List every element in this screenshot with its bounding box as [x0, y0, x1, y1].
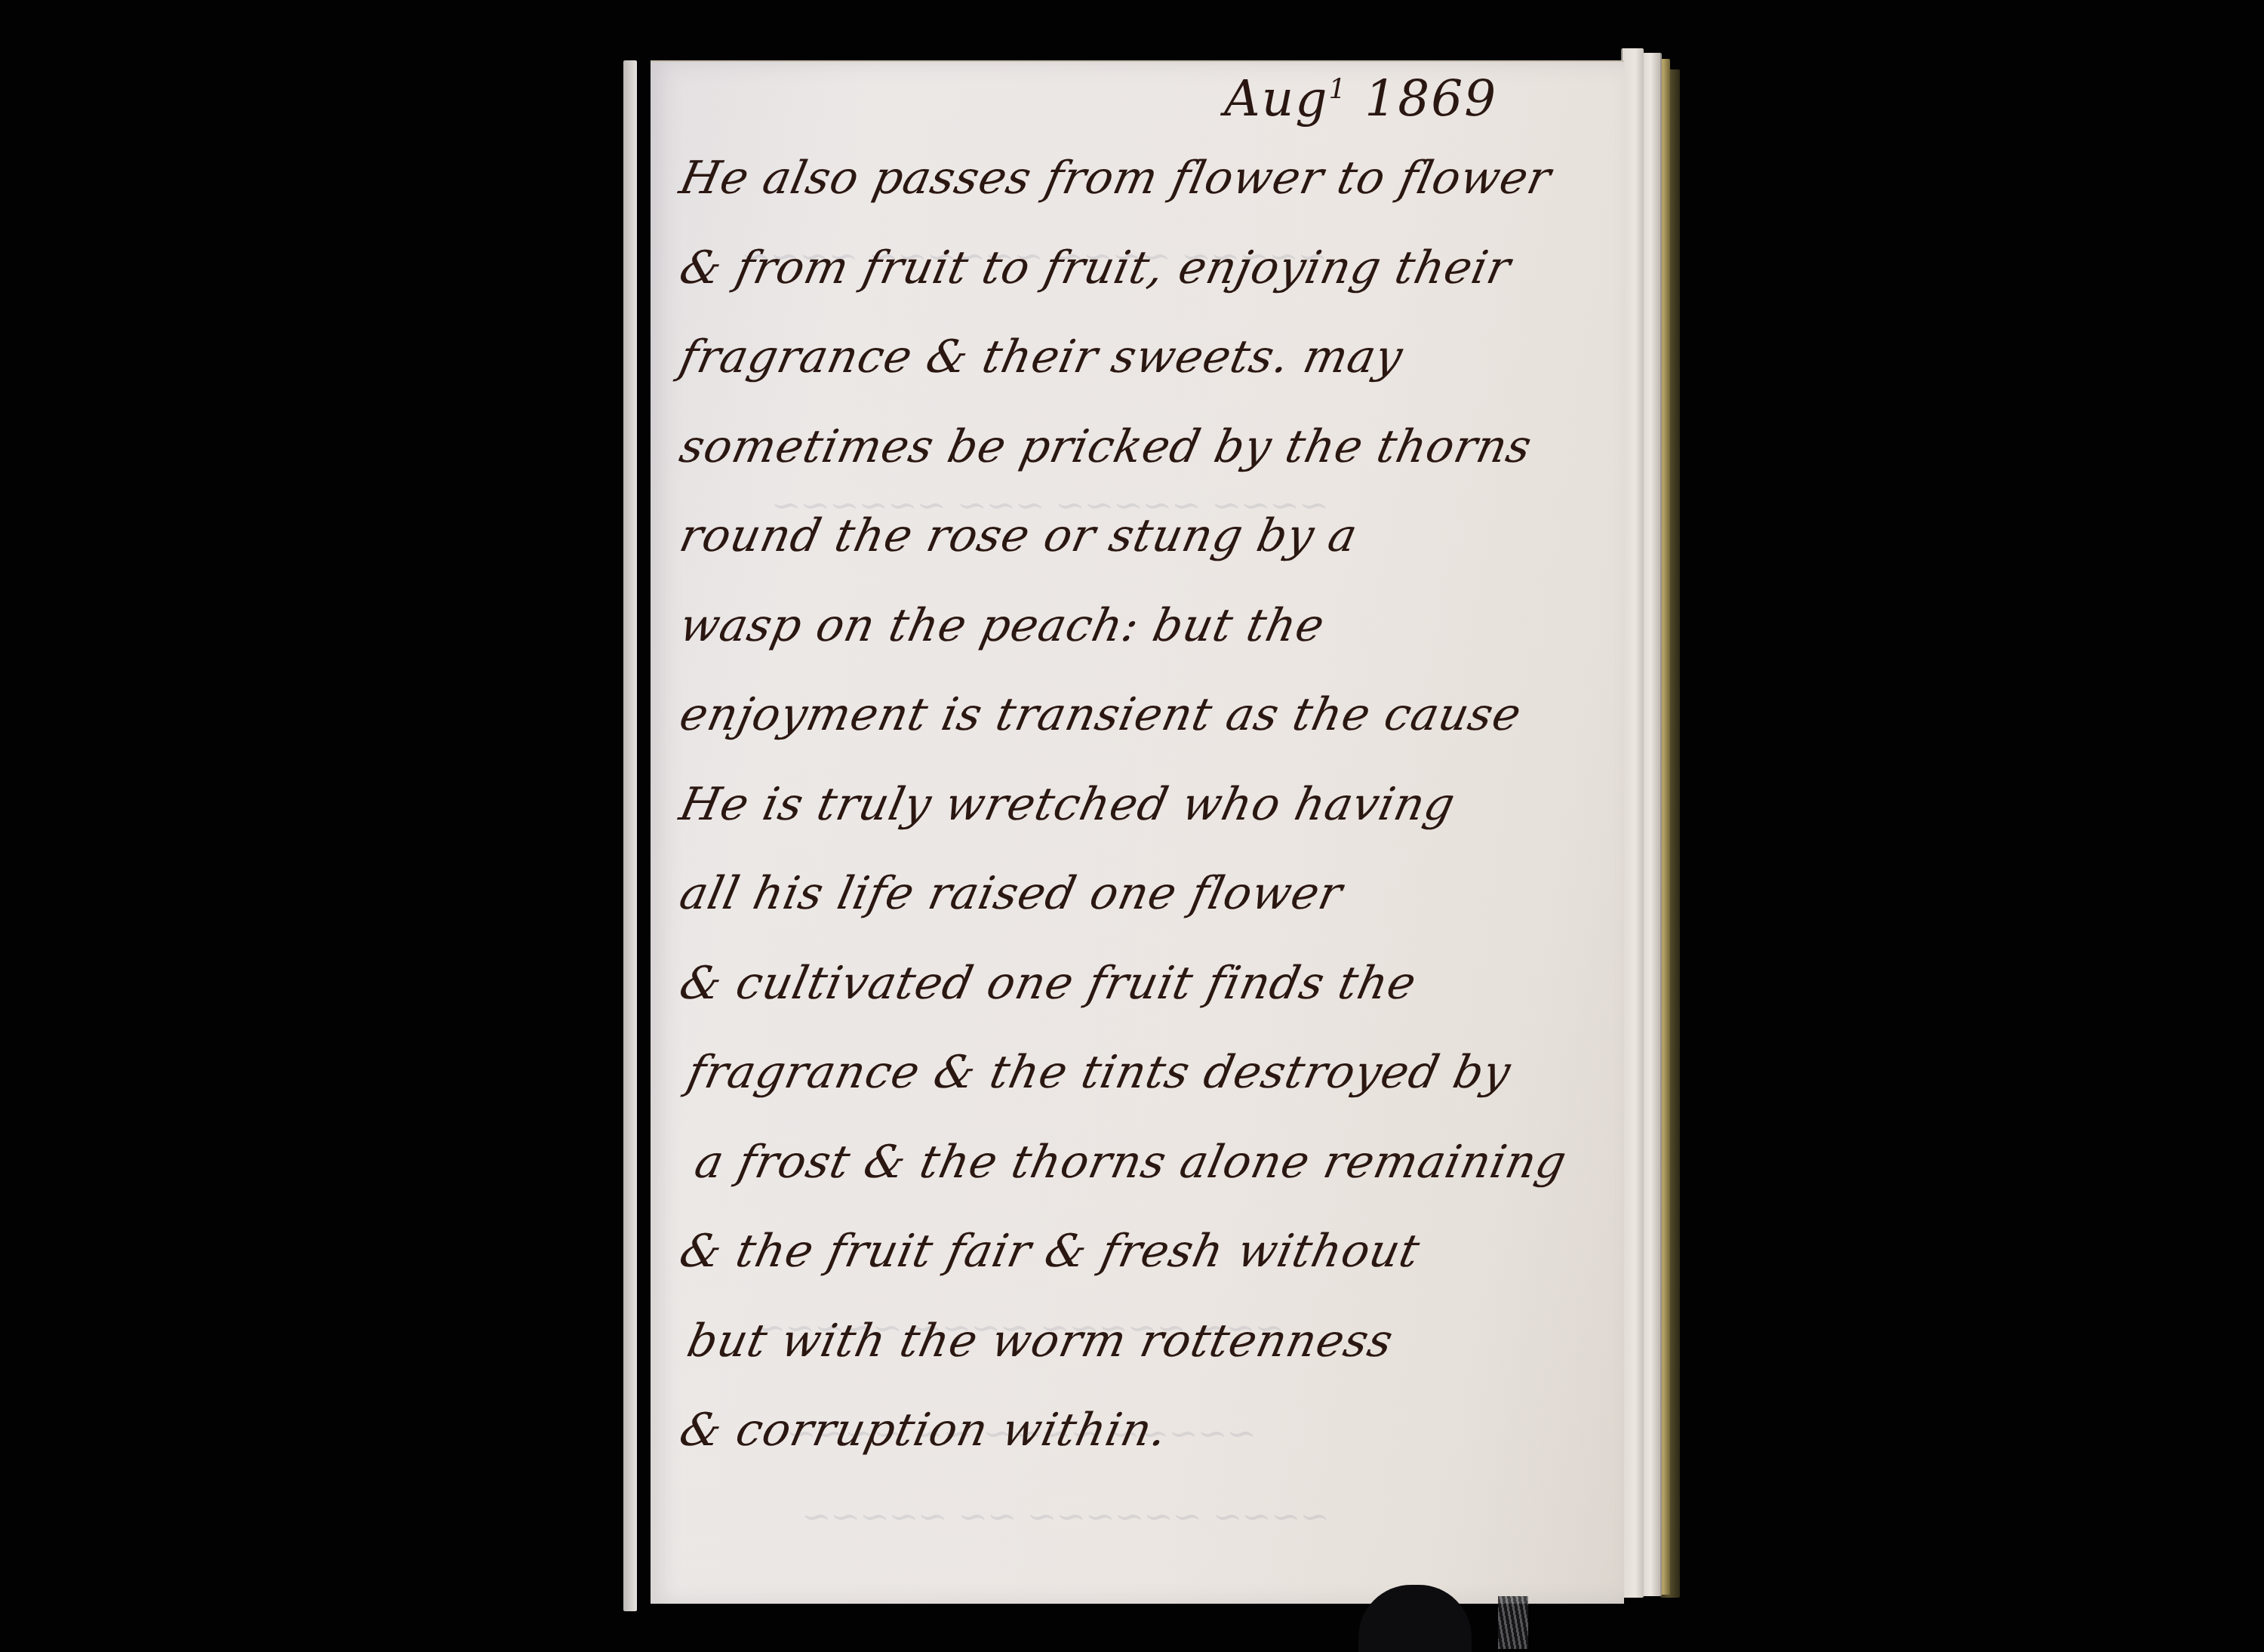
text-line: & the fruit fair & fresh without	[671, 1207, 1595, 1297]
text-line: & from fruit to fruit, enjoying their	[671, 223, 1595, 313]
text-line: wasp on the peach: but the	[671, 581, 1595, 671]
text-line: He also passes from flower to flower	[671, 134, 1595, 223]
photo-scene: ~~~~~ ~~~~ ~~~~~~ ~~~~ ~~~~ ~~~~~ ~~~ ~~…	[0, 0, 2264, 1652]
text-line: sometimes be pricked by the thorns	[671, 402, 1595, 492]
text-line: enjoyment is transient as the cause	[671, 670, 1595, 760]
page-stack-edge	[1621, 48, 1644, 1598]
text-line: a frost & the thorns alone remaining	[671, 1118, 1595, 1207]
text-line: all his life raised one flower	[671, 849, 1595, 939]
text-line: & corruption within.	[671, 1386, 1595, 1475]
entry-date: Aug1 1869	[1224, 69, 1497, 128]
text-line: & cultivated one fruit finds the	[671, 939, 1595, 1029]
ribbon-tassel	[1498, 1596, 1528, 1649]
manuscript-page: ~~~~~ ~~~~ ~~~~~~ ~~~~ ~~~~ ~~~~~ ~~~ ~~…	[651, 60, 1624, 1604]
text-line: He is truly wretched who having	[671, 760, 1595, 850]
text-line: round the rose or stung by a	[671, 491, 1595, 581]
date-month: Aug	[1224, 69, 1328, 128]
date-day: 1	[1328, 74, 1347, 105]
left-page-edge	[623, 60, 637, 1611]
date-year: 1869	[1364, 69, 1497, 128]
text-line: fragrance & the tints destroyed by	[671, 1028, 1595, 1118]
handwritten-text: He also passes from flower to flower & f…	[681, 134, 1586, 1475]
text-line: but with the worm rottenness	[671, 1297, 1595, 1386]
text-line: fragrance & their sweets. may	[671, 312, 1595, 402]
bleed-through: ~~~~ ~~~~~~ ~~ ~~~~~	[796, 1496, 1334, 1537]
